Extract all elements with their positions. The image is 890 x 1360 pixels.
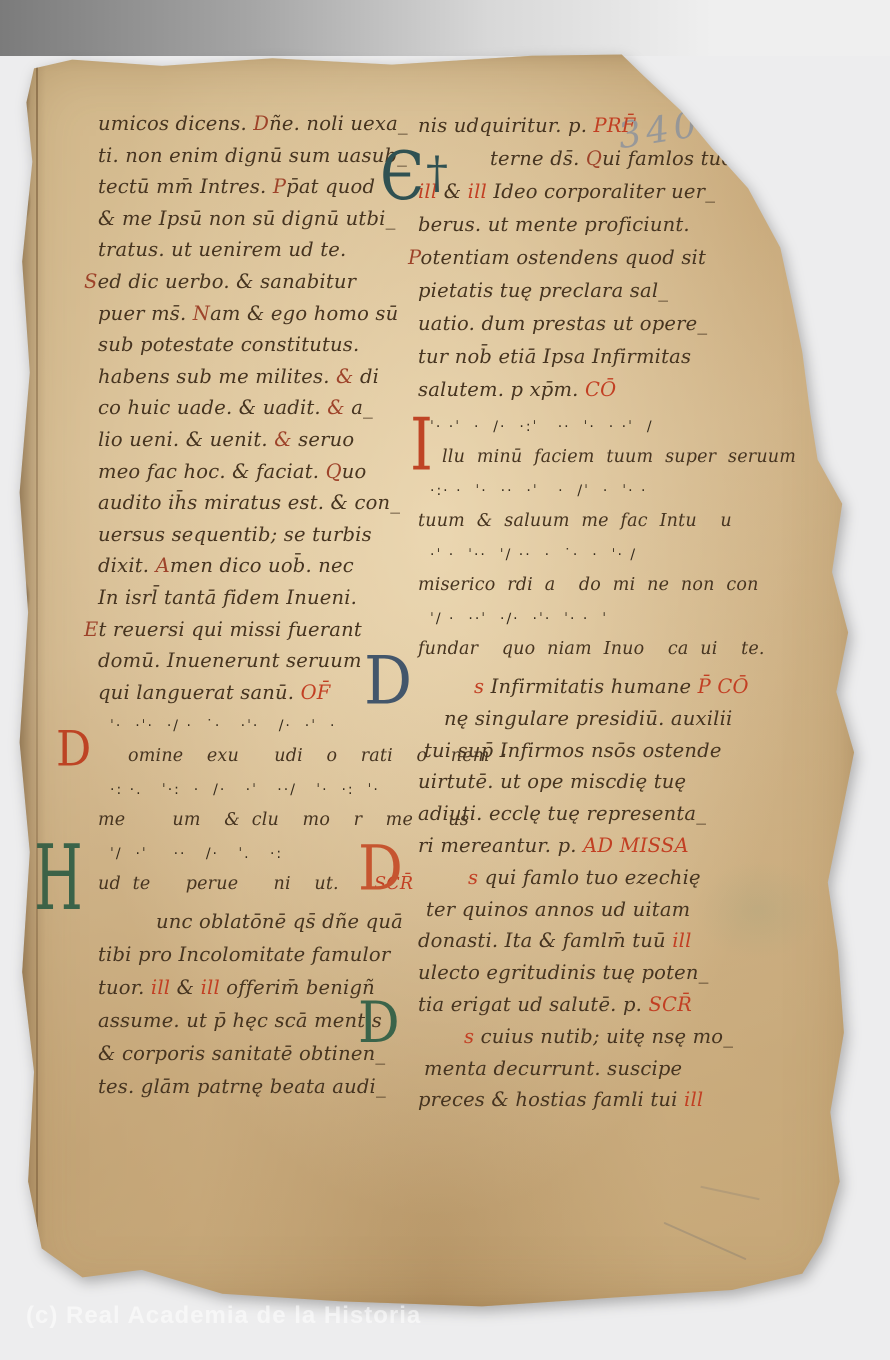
manuscript-line: co huic uade. & uadit. & a_	[98, 396, 434, 428]
neume-line: ·ˈ · ˈ·· ˈ/ ·· · ˙· · ˈ· /	[418, 547, 794, 575]
text-run: qui languerat sanū.	[98, 681, 301, 704]
rubric-text: ill	[684, 1088, 703, 1111]
text-run: ti. non enim dignū sum uasub_	[98, 144, 407, 167]
text-run: domū. Inuenerunt seruum	[98, 649, 362, 672]
text-run: D	[253, 112, 269, 135]
text-run: meo fac hoc. & faciat.	[98, 460, 326, 483]
vd-cross: †	[426, 154, 448, 194]
manuscript-line: salutem. p xp̄m. CŌ	[418, 378, 794, 411]
initial-i-communio-illumina: I	[410, 412, 433, 477]
text-run: tur nob̄ etiā Ipsa Infirmitas	[418, 345, 691, 368]
manuscript-line: uersus sequentib; se turbis	[98, 523, 434, 555]
text-run: S	[84, 270, 98, 293]
manuscript-line: ti. non enim dignū sum uasub_	[98, 144, 434, 176]
text-run: assume. ut p̄ hęc scā mentis	[98, 1009, 382, 1032]
manuscript-line: tratus. ut uenirem ud te.	[98, 238, 434, 270]
manuscript-line: meo fac hoc. & faciat. Quo	[98, 460, 434, 492]
text-run: nis udquiritur. p.	[418, 114, 594, 137]
rubric-text: ill	[468, 180, 487, 203]
pencil-mark	[663, 1222, 746, 1260]
text-run: tratus. ut uenirem ud te.	[98, 238, 346, 261]
text-run: tectū mm̄ Intres.	[98, 175, 273, 198]
manuscript-line: preces & hostias famli tui ill	[418, 1088, 794, 1120]
text-run: me um & clu mo r me us	[98, 810, 469, 830]
text-run: &	[327, 396, 345, 419]
manuscript-line: & corporis sanitatē obtinen_	[98, 1042, 434, 1075]
text-run: uo	[342, 460, 367, 483]
manuscript-line: & me Ipsū non sū dignū utbi_	[98, 207, 434, 239]
manuscript-line: tia erigat ud salutē. p. SCR̄	[418, 993, 794, 1025]
manuscript-line: nis udquiritur. p. PRF̄	[418, 114, 794, 147]
text-run: co huic uade. & uadit.	[98, 396, 327, 419]
text-run: otentiam ostendens quod sit	[421, 246, 706, 269]
scan-background-top	[0, 0, 890, 56]
neume-line: ˈ/ · ··ˈ ·∕· ·ˈ· ˈ· · ˈ	[418, 611, 794, 639]
manuscript-line: audito ih̄s miratus est. & con_	[98, 491, 434, 523]
parchment-leaf: 340 umicos dicens. Dñe. noli uexa_ti. no…	[12, 52, 860, 1314]
manuscript-line: tuor. ill & ill offerim̄ benigñ	[98, 976, 434, 1009]
text-run: berus. ut mente proficiunt.	[418, 213, 690, 236]
rubric-text: SCR̄	[374, 874, 413, 894]
chant-text-line: miserico rdi a do mi ne non con	[418, 575, 794, 611]
text-run: tia erigat ud salutē. p.	[418, 993, 648, 1016]
rubric-text: PRF̄	[594, 114, 636, 137]
initial-h-secreta-hanc: H	[34, 840, 83, 921]
text-run: N	[193, 302, 210, 325]
text-run: miserico rdi a do mi ne non con	[418, 575, 759, 595]
text-run: men dico uob̄. nec	[170, 554, 354, 577]
text-run: habens sub me milites.	[98, 365, 336, 388]
text-run: am & ego homo sū	[210, 302, 398, 325]
manuscript-line: Et reuersi qui missi fuerant	[84, 618, 434, 650]
initial-d-missa-deus: D	[358, 842, 403, 897]
text-run: Q	[326, 460, 342, 483]
rubric-text: ill	[201, 976, 220, 999]
chant-text-line: llu minū faciem tuum super seruum	[418, 447, 794, 483]
rubric-text: ill	[418, 180, 437, 203]
text-run: &	[274, 428, 292, 451]
rubric-text: s	[474, 675, 484, 698]
manuscript-line: Potentiam ostendens quod sit	[408, 246, 794, 279]
manuscript-line: tui sup̄ Infirmos nsōs ostende	[418, 739, 794, 771]
library-watermark: (c) Real Academia de la Historia	[26, 1302, 421, 1330]
text-run: qui famlo tuo ezechię	[478, 866, 701, 889]
text-run: ter quinos annos ud uitam	[426, 898, 690, 921]
manuscript-line: tes. glām patrnę beata audi_	[98, 1075, 434, 1108]
text-run: uersus sequentib; se turbis	[98, 523, 372, 546]
text-run: tui sup̄ Infirmos nsōs ostende	[424, 739, 722, 762]
neume-line: ˈ· ·ˈ · /· ·:ˈ ·· ˈ· · ·ˈ /	[418, 419, 794, 447]
text-run: audito ih̄s miratus est. & con_	[98, 491, 400, 514]
text-run: E	[84, 618, 98, 641]
text-run: A	[156, 554, 170, 577]
manuscript-line: adiuti. ecclę tuę representa_	[418, 802, 794, 834]
folio-number: 340	[615, 104, 704, 158]
text-run: donasti. Ita & famlm̄ tuū	[418, 929, 672, 952]
manuscript-line: Sed dic uerbo. & sanabitur	[84, 270, 434, 302]
rubric-text: s	[464, 1025, 474, 1048]
manuscript-line: donasti. Ita & famlm̄ tuū ill	[418, 929, 794, 961]
text-run: di	[354, 365, 380, 388]
text-run: preces & hostias famli tui	[418, 1088, 684, 1111]
text-run: P	[273, 175, 286, 198]
manuscript-line: tectū mm̄ Intres. Pp̄at quod	[98, 175, 434, 207]
scanned-manuscript-page: 340 umicos dicens. Dñe. noli uexa_ti. no…	[0, 0, 890, 1360]
chant-text-line: fundar quo niam Inuo ca ui te.	[418, 639, 794, 675]
text-run: terne ds̄.	[490, 147, 586, 170]
text-run: lio ueni. & uenit.	[98, 428, 274, 451]
binding-crease	[36, 62, 38, 1300]
text-run: ed dic uerbo. & sanabitur	[98, 270, 357, 293]
text-run: t reuersi qui missi fuerant	[98, 618, 361, 641]
manuscript-line: ter quinos annos ud uitam	[418, 898, 794, 930]
text-run: menta decurrunt. suscipe	[424, 1057, 682, 1080]
text-run: a_	[345, 396, 373, 419]
manuscript-line: berus. ut mente proficiunt.	[418, 213, 794, 246]
rubric-text: CŌ	[585, 378, 616, 401]
manuscript-line: lio ueni. & uenit. & seruo	[98, 428, 434, 460]
text-run: &	[336, 365, 354, 388]
initial-d-secreta-deus: D	[358, 998, 400, 1049]
text-run: tibi pro Incolomitate famulor	[98, 943, 390, 966]
text-run: In isrl̄ tantā fidem Inueni.	[98, 586, 357, 609]
rubric-text: ill	[672, 929, 691, 952]
text-run: dixit.	[98, 554, 156, 577]
text-run: tes. glām patrnę beata audi_	[98, 1075, 386, 1098]
rubric-text: SCR̄	[648, 993, 692, 1016]
manuscript-line: terne ds̄. Qui famlos tuos	[418, 147, 794, 180]
parchment-wrapper: 340 umicos dicens. Dñe. noli uexa_ti. no…	[12, 52, 860, 1314]
neume-line: ˈ/ ·ˈ ·· /· ˈ. ·:	[98, 846, 434, 874]
text-run: cuius nutib; uitę nsę mo_	[474, 1025, 733, 1048]
text-column-left: umicos dicens. Dñe. noli uexa_ti. non en…	[98, 112, 434, 1108]
manuscript-line: tur nob̄ etiā Ipsa Infirmitas	[418, 345, 794, 378]
text-run: ui famlos tuos	[602, 147, 743, 170]
manuscript-line: nę singulare presidiū. auxilii	[418, 707, 794, 739]
manuscript-line: pietatis tuę preclara sal_	[418, 279, 794, 312]
initial-d-postcommunio-deus: D	[364, 652, 412, 711]
manuscript-line: ri mereantur. p. AD MISSA	[418, 834, 794, 866]
rubric-text: ill	[151, 976, 170, 999]
manuscript-line: uirtutē. ut ope miscdię tuę	[418, 770, 794, 802]
rubric-text: AD MISSA	[583, 834, 689, 857]
manuscript-line: s cuius nutib; uitę nsę mo_	[418, 1025, 794, 1057]
text-run: puer ms̄.	[98, 302, 193, 325]
text-run: umicos dicens.	[98, 112, 253, 135]
text-run: seruo	[292, 428, 355, 451]
text-run: nę singulare presidiū. auxilii	[444, 707, 732, 730]
chant-text-line: omine exu udi o rati o nem ·	[98, 746, 434, 782]
manuscript-line: domū. Inuenerunt seruum	[98, 649, 434, 681]
text-run: pietatis tuę preclara sal_	[418, 279, 668, 302]
manuscript-line: ill & ill Ideo corporaliter uer_	[418, 180, 794, 213]
manuscript-line: habens sub me milites. & di	[98, 365, 434, 397]
initial-d-offertory-domine: D	[56, 728, 91, 772]
neume-line: ·:· · ˈ· ·· ·ˈ · /ˈ · ˈ· ·	[418, 483, 794, 511]
text-run: salutem. p xp̄m.	[418, 378, 585, 401]
text-run: &	[170, 976, 200, 999]
text-run: fundar quo niam Inuo ca ui te.	[418, 639, 765, 659]
text-run: uirtutē. ut ope miscdię tuę	[418, 770, 686, 793]
text-run: Q	[586, 147, 602, 170]
text-run: p̄at quod	[286, 175, 375, 198]
text-run: & me Ipsū non sū dignū utbi_	[98, 207, 396, 230]
text-run: ri mereantur. p.	[418, 834, 583, 857]
manuscript-line: assume. ut p̄ hęc scā mentis	[98, 1009, 434, 1042]
neume-line: ˈ· ·ˈ· ·/ · ˙· ·ˈ· /· ·ˈ ·	[98, 718, 434, 746]
neume-line: ·: ·. ˈ·: · /· ·ˈ ··/ ˈ· ·: ˈ·	[98, 782, 434, 810]
text-run: ulecto egritudinis tuę poten_	[418, 961, 709, 984]
text-run: llu minū faciem tuum super seruum	[442, 447, 796, 467]
text-run: &	[437, 180, 467, 203]
manuscript-line: dixit. Amen dico uob̄. nec	[98, 554, 434, 586]
chant-text-line: me um & clu mo r me us	[98, 810, 434, 846]
text-run: unc oblatōnē qs̄ dñe quā	[156, 910, 403, 933]
manuscript-line: umicos dicens. Dñe. noli uexa_	[98, 112, 434, 144]
chant-text-line: tuum & saluum me fac Intu u	[418, 511, 794, 547]
rubric-text: s	[468, 866, 478, 889]
rubric-text: P̄ CŌ	[698, 675, 749, 698]
initial-vd-monogram: Є	[380, 146, 424, 206]
text-run: tuor.	[98, 976, 151, 999]
text-run: uatio. dum prestas ut opere_	[418, 312, 707, 335]
text-run: adiuti. ecclę tuę representa_	[418, 802, 706, 825]
text-run: sub potestate constitutus.	[98, 333, 359, 356]
manuscript-line: uatio. dum prestas ut opere_	[418, 312, 794, 345]
manuscript-line: puer ms̄. Nam & ego homo sū	[98, 302, 434, 334]
binding-edge	[12, 52, 46, 1314]
manuscript-line: menta decurrunt. suscipe	[418, 1057, 794, 1089]
chant-text-line: ud te perue ni ut. SCR̄	[98, 874, 434, 910]
text-run: & corporis sanitatē obtinen_	[98, 1042, 385, 1065]
text-column-right: nis udquiritur. p. PRF̄terne ds̄. Qui fa…	[418, 114, 794, 1120]
manuscript-line: ulecto egritudinis tuę poten_	[418, 961, 794, 993]
manuscript-line: tibi pro Incolomitate famulor	[98, 943, 434, 976]
manuscript-line: In isrl̄ tantā fidem Inueni.	[98, 586, 434, 618]
text-run: ñe. noli uexa_	[269, 112, 408, 135]
text-run: offerim̄ benigñ	[220, 976, 375, 999]
text-run: Ideo corporaliter uer_	[487, 180, 715, 203]
manuscript-line: unc oblatōnē qs̄ dñe quā	[98, 910, 434, 943]
text-run: P	[408, 246, 421, 269]
text-run: Infirmitatis humane	[484, 675, 697, 698]
pencil-mark	[700, 1186, 759, 1200]
text-run: omine exu udi o rati o nem ·	[128, 746, 507, 766]
text-run: ud te perue ni ut.	[98, 874, 374, 894]
rubric-text: OF̄	[301, 681, 331, 704]
manuscript-line: s Infirmitatis humane P̄ CŌ	[418, 675, 794, 707]
manuscript-line: s qui famlo tuo ezechię	[418, 866, 794, 898]
text-run: tuum & saluum me fac Intu u	[418, 511, 732, 531]
manuscript-line: qui languerat sanū. OF̄	[98, 681, 434, 713]
manuscript-line: sub potestate constitutus.	[98, 333, 434, 365]
